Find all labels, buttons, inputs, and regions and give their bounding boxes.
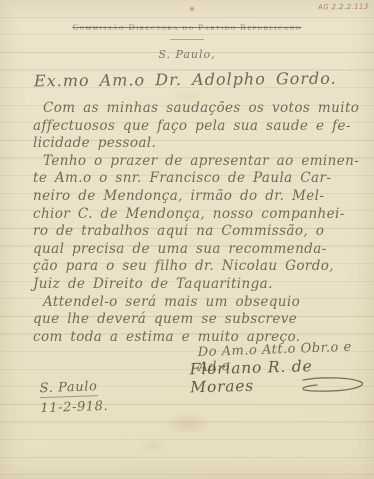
letter-body: Com as minhas saudações os votos muitoaf… xyxy=(33,100,358,346)
letter-line: qual precisa de uma sua recommenda- xyxy=(33,241,358,259)
date-written: 11-2-918. xyxy=(40,399,108,416)
signature-flourish xyxy=(185,362,370,402)
printed-city-dateline: S. Paulo, xyxy=(0,48,374,61)
archival-reference-annotation: AG 2.2.2.113 xyxy=(318,3,369,12)
letterhead-ornament-rule xyxy=(170,39,204,40)
letter-line: te Am.o o snr. Francisco de Paula Car- xyxy=(33,170,358,188)
letter-line: affectuosos que faço pela sua saude e fe… xyxy=(33,118,358,136)
letter-line: neiro de Mendonça, irmão do dr. Mel- xyxy=(33,188,358,206)
scanned-letter-page: AG 2.2.2.113 Commissão Directora do Part… xyxy=(0,0,374,479)
letter-line: Attendel-o será mais um obsequio xyxy=(33,294,358,312)
letter-line: ção para o seu filho dr. Nicolau Gordo, xyxy=(33,258,358,276)
letter-line: Com as minhas saudações os votos muito xyxy=(33,100,358,118)
letter-line: chior C. de Mendonça, nosso companhei- xyxy=(33,206,358,224)
letter-line: Tenho o prazer de apresentar ao eminen- xyxy=(33,153,358,171)
letterhead: Commissão Directora do Partido Republica… xyxy=(0,15,374,40)
letter-line: ro de trabalhos aqui na Commissão, o xyxy=(33,223,358,241)
salutation: Ex.mo Am.o Dr. Adolpho Gordo. xyxy=(34,69,337,91)
place-written: S. Paulo xyxy=(39,379,97,398)
letter-line: licidade pessoal. xyxy=(33,135,358,153)
letter-line: que lhe deverá quem se subscreve xyxy=(33,311,358,329)
letterhead-organization-struck-through: Commissão Directora do Partido Republica… xyxy=(72,22,301,32)
place-and-date-block: S. Paulo 11-2-918. xyxy=(39,379,108,416)
letter-line: Juiz de Direito de Taquaritinga. xyxy=(33,276,358,294)
